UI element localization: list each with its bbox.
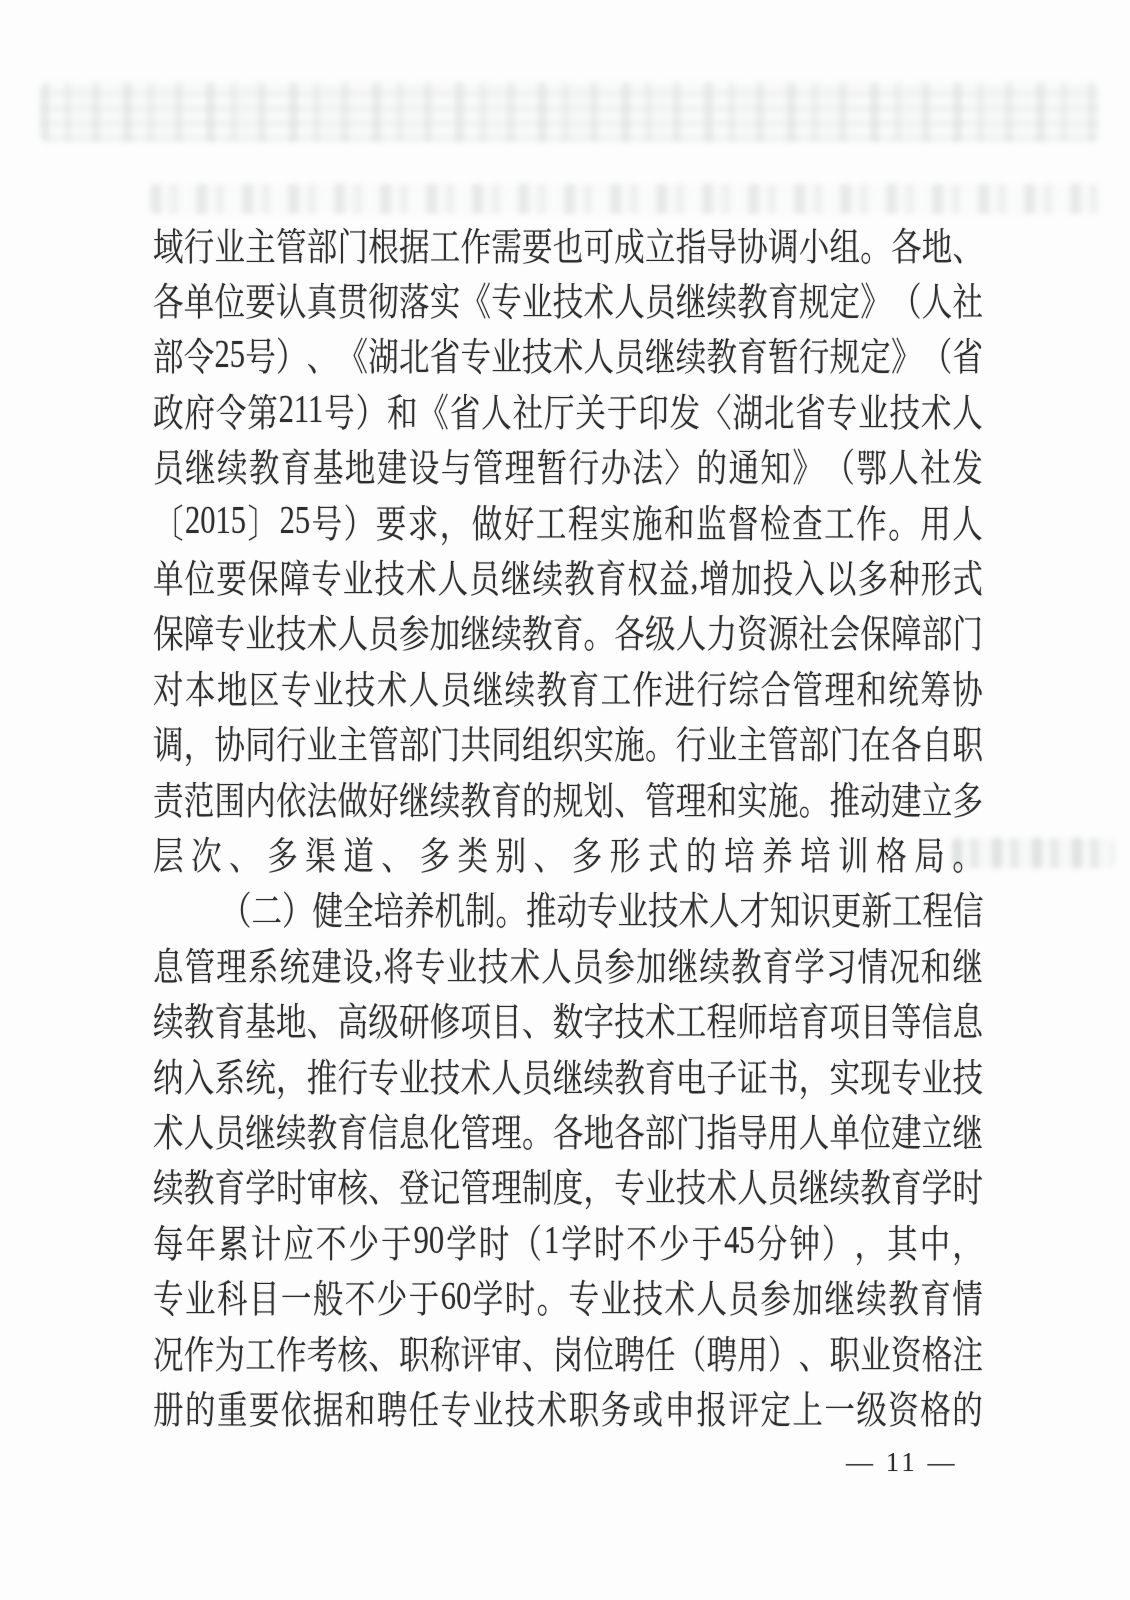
text-line: 域行业主管部门根据工作需要也可成立指导协调小组。各地、 (153, 216, 983, 271)
text-line: 单位要保障专业技术人员继续教育权益,增加投入以多种形式 (153, 548, 983, 603)
text-line: 员继续教育基地建设与管理暂行办法〉的通知》（鄂人社发 (153, 438, 983, 493)
text-line: 对本地区专业技术人员继续教育工作进行综合管理和统筹协 (153, 659, 983, 714)
text-line: 层次、多渠道、多类别、多形式的培养培训格局。 (153, 825, 983, 880)
text-line: 责范围内依法做好继续教育的规划、管理和实施。推动建立多 (153, 770, 983, 825)
text-line: （二）健全培养机制。推动专业技术人才知识更新工程信 (153, 881, 983, 936)
text-line: 政府令第211号）和《省人社厅关于印发〈湖北省专业技术人 (153, 382, 983, 437)
text-line: 续教育基地、高级研修项目、数字技术工程师培育项目等信息 (153, 991, 983, 1046)
text-line: 息管理系统建设,将专业技术人员参加继续教育学习情况和继 (153, 936, 983, 991)
text-line: 术人员继续教育信息化管理。各地各部门指导用人单位建立继 (153, 1102, 983, 1157)
text-line: 纳入系统，推行专业技术人员继续教育电子证书，实现专业技 (153, 1047, 983, 1102)
text-line: 专业科目一般不少于60学时。专业技术人员参加继续教育情 (153, 1268, 983, 1323)
page-number: — 11 — (846, 1447, 958, 1478)
text-line: 保障专业技术人员参加继续教育。各级人力资源社会保障部门 (153, 604, 983, 659)
text-line: 况作为工作考核、职称评审、岗位聘任（聘用）、职业资格注 (153, 1324, 983, 1379)
text-line: 调，协同行业主管部门共同组织实施。行业主管部门在各自职 (153, 715, 983, 770)
text-line: 各单位要认真贯彻落实《专业技术人员继续教育规定》（人社 (153, 271, 983, 326)
scanned-document-page: 域行业主管部门根据工作需要也可成立指导协调小组。各地、各单位要认真贯彻落实《专业… (0, 0, 1130, 1600)
text-line: 册的重要依据和聘任专业技术职务或申报评定上一级资格的 (153, 1379, 983, 1434)
bleed-through-artifact-top (40, 82, 1100, 142)
text-line: 每年累计应不少于90学时（1学时不少于45分钟），其中， (153, 1213, 983, 1268)
text-line: 续教育学时审核、登记管理制度，专业技术人员继续教育学时 (153, 1158, 983, 1213)
text-line: 〔2015〕25号）要求，做好工程实施和监督检查工作。用人 (153, 493, 983, 548)
text-block: 域行业主管部门根据工作需要也可成立指导协调小组。各地、各单位要认真贯彻落实《专业… (153, 216, 983, 1435)
text-line: 部令25号）、《湖北省专业技术人员继续教育暂行规定》（省 (153, 327, 983, 382)
bleed-through-artifact-upper (150, 184, 1100, 214)
